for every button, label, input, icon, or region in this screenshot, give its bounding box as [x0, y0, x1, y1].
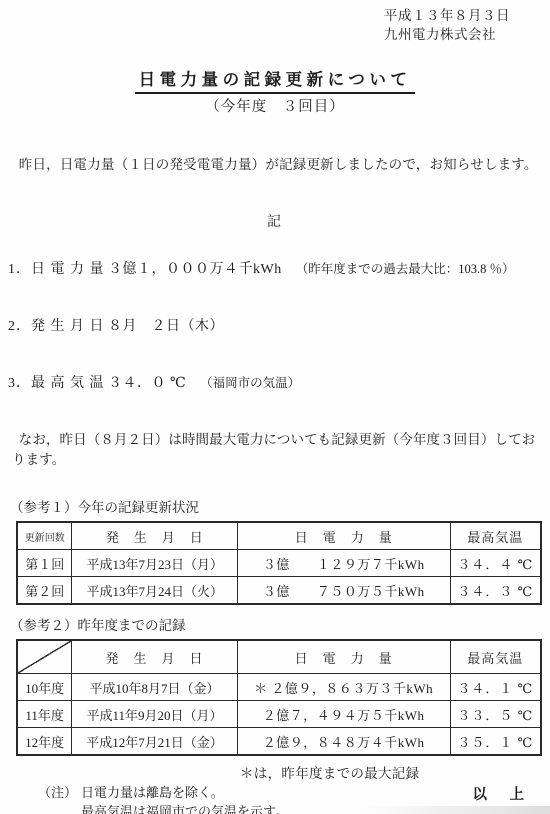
item-value: ３億１，０００万４千kWh — [108, 258, 282, 278]
footnote-line: 最高気温は福岡市での気温を示す。 — [81, 803, 288, 814]
item-note: （福岡市の気温） — [200, 373, 300, 391]
cell-update-count: 第２回 — [17, 577, 72, 605]
header-max-temp: 最高気温 — [450, 522, 541, 550]
header-max-temp: 最高気温 — [450, 640, 541, 674]
cell-date: 平成13年7月23日（月） — [72, 550, 238, 577]
date-company-block: 平成１３年８月３日 九州電力株式会社 — [384, 6, 534, 44]
cell-temp: ３４．４ ℃ — [450, 550, 541, 577]
remark-paragraph: なお，昨日（８月２日）は時間最大電力についても記録更新（今年度３回目）しておりま… — [8, 428, 542, 468]
list-item-daily-energy: 1．日 電 力 量 ３億１，０００万４千kWh （昨年度までの過去最大比：103… — [8, 258, 542, 278]
page-subtitle: （今年度 ３回目） — [8, 95, 542, 116]
header-update-count: 更新回数 — [17, 522, 72, 550]
header-occurrence-date: 発 生 月 日 — [72, 640, 237, 674]
cell-temp: ３５．１ ℃ — [450, 728, 541, 756]
cell-date: 平成10年8月7日（金） — [72, 674, 237, 701]
cell-temp: ３４．１ ℃ — [450, 674, 541, 701]
reference2-caption: （参考２）昨年度までの記録 — [8, 614, 542, 634]
record-table-past-years: 発 生 月 日 日 電 力 量 最高気温 10年度 平成10年8月7日（金） ＊… — [16, 639, 542, 756]
cell-date: 平成13年7月24日（火） — [72, 577, 238, 605]
item-label: 2．発 生 月 日 — [8, 315, 108, 335]
item-note: （昨年度までの過去最大比：103.8 ％） — [296, 259, 515, 277]
cell-energy: ２億７，４９４万５千kWh — [237, 701, 450, 728]
cell-fiscal-year: 12年度 — [17, 728, 72, 756]
cell-energy: ＊ ２億９，８６３万３千kWh — [237, 674, 450, 701]
cell-fiscal-year: 10年度 — [17, 674, 72, 701]
table-row: 12年度 平成12年7月21日（金） ２億９，８４８万４千kWh ３５．１ ℃ — [17, 728, 541, 756]
table-row: 第１回 平成13年7月23日（月） ３億 １２９万７千kWh ３４．４ ℃ — [17, 550, 541, 577]
item-label: 1．日 電 力 量 — [8, 258, 108, 278]
cell-temp: ３３．５ ℃ — [450, 701, 541, 728]
item-value: ３４．０ ℃ — [108, 372, 186, 392]
header-daily-energy: 日 電 力 量 — [238, 522, 450, 550]
item-label: 3．最 高 気 温 — [8, 372, 108, 392]
page-title: 日電力量の記録更新について — [135, 66, 416, 94]
cell-temp: ３４．３ ℃ — [450, 577, 541, 605]
company-name: 九州電力株式会社 — [384, 25, 534, 44]
closing-ijou: 以 上 — [473, 783, 529, 804]
table-header-row: 発 生 月 日 日 電 力 量 最高気温 — [17, 640, 541, 674]
header-daily-energy: 日 電 力 量 — [237, 640, 450, 674]
table-row: 11年度 平成11年9月20日（月） ２億７，４９４万５千kWh ３３．５ ℃ — [17, 701, 541, 728]
table-header-row: 更新回数 発 生 月 日 日 電 力 量 最高気温 — [17, 522, 541, 550]
cell-fiscal-year: 11年度 — [17, 701, 72, 728]
cell-energy: ３億 ７５０万５千kWh — [238, 577, 450, 605]
header-occurrence-date: 発 生 月 日 — [72, 522, 238, 550]
footnote-lines: 日電力量は離島を除く。 最高気温は福岡市での気温を示す。 — [81, 784, 288, 814]
cell-energy: ３億 １２９万７千kWh — [238, 550, 450, 577]
list-item-occurrence-date: 2．発 生 月 日 ８月 ２日（木） — [8, 315, 542, 335]
cell-energy: ２億９，８４８万４千kWh — [237, 728, 450, 756]
table-row: 10年度 平成10年8月7日（金） ＊ ２億９，８６３万３千kWh ３４．１ ℃ — [17, 674, 541, 701]
cell-update-count: 第１回 — [17, 550, 72, 577]
intro-paragraph: 昨日，日電力量（１日の発受電電力量）が記録更新しましたので，お知らせします。 — [8, 153, 542, 173]
cell-date: 平成11年9月20日（月） — [72, 701, 237, 728]
scan-artifact-shade — [360, 806, 550, 814]
footnote-line: 日電力量は離島を除く。 — [81, 784, 288, 803]
list-item-max-temperature: 3．最 高 気 温 ３４．０ ℃ （福岡市の気温） — [8, 372, 542, 392]
footnote-label: （注） — [38, 784, 77, 814]
cell-date: 平成12年7月21日（金） — [72, 728, 237, 756]
document-date: 平成１３年８月３日 — [384, 6, 534, 25]
diagonal-empty-cell — [17, 640, 72, 674]
item-value: ８月 ２日（木） — [108, 315, 224, 335]
reference1-caption: （参考１）今年の記録更新状況 — [8, 496, 542, 516]
table-row: 第２回 平成13年7月24日（火） ３億 ７５０万５千kWh ３４．３ ℃ — [17, 577, 541, 605]
title-wrap: 日電力量の記録更新について — [8, 66, 542, 94]
document-page: 平成１３年８月３日 九州電力株式会社 日電力量の記録更新について （今年度 ３回… — [0, 0, 550, 814]
ki-heading: 記 — [8, 211, 542, 231]
record-table-this-year: 更新回数 発 生 月 日 日 電 力 量 最高気温 第１回 平成13年7月23日… — [16, 521, 542, 605]
asterisk-note: ＊は，昨年度までの最大記録 — [240, 762, 542, 782]
